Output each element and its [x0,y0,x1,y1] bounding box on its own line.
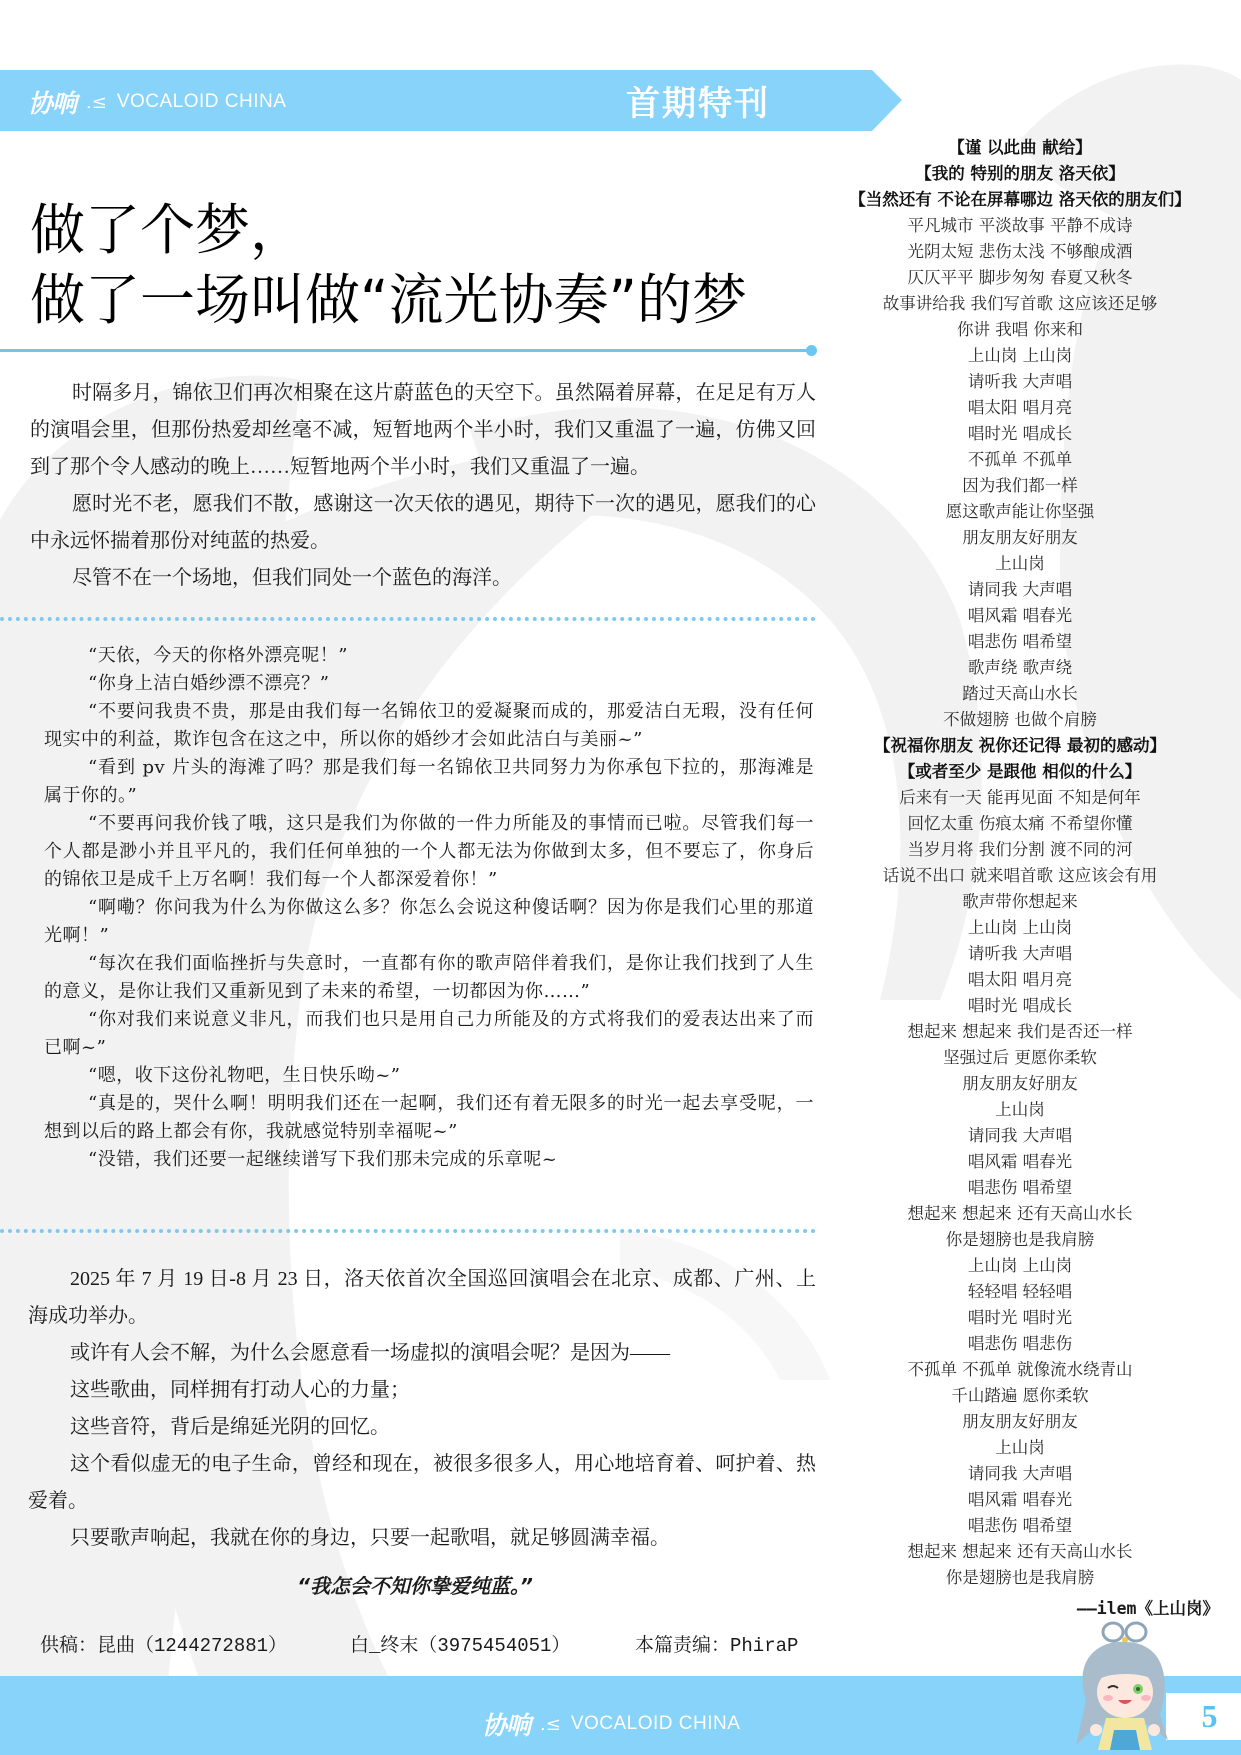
lyric-dedication-line: 【我的 特别的朋友 洛天依】 [820,161,1220,187]
lyric-line: 当岁月将 我们分割 渡不同的河 [820,837,1220,863]
closing-section: 2025 年 7 月 19 日-8 月 23 日，洛天依首次全国巡回演唱会在北京… [28,1261,816,1557]
lyric-line: 不做翅膀 也做个肩膀 [820,707,1220,733]
header-banner: 协响 .≤ VOCALOID CHINA 首期特刊 [0,70,902,131]
dialogue-paragraph: “看到 pv 片头的海滩了吗？那是我们每一名锦依卫共同努力为你承包下拉的，那海滩… [44,754,814,810]
lyric-line: 请同我 大声唱 [820,1123,1220,1149]
lyric-line: 唱风霜 唱春光 [820,1487,1220,1513]
title-line-1: 做了个梦， [30,195,747,265]
editor-credit: 本篇责编：PhiraP [635,1630,798,1657]
lyric-line: 上山岗 [820,551,1220,577]
dialogue-paragraph: “不要问我贵不贵，那是由我们每一名锦依卫的爱凝聚而成的，那爱洁白无瑕，没有任何现… [44,698,814,754]
intro-paragraph: 愿时光不老，愿我们不散，感谢这一次天依的遇见，期待下一次的遇见，愿我们的心中永远… [30,486,816,560]
lyric-line: 唱悲伤 唱悲伤 [820,1331,1220,1357]
issue-title: 首期特刊 [626,76,770,125]
lyric-line: 歌声带你想起来 [820,889,1220,915]
lyric-line: 愿这歌声能让你坚强 [820,499,1220,525]
lyric-line: 请同我 大声唱 [820,577,1220,603]
title-divider [0,349,812,352]
lyric-line: 仄仄平平 脚步匆匆 春夏又秋冬 [820,265,1220,291]
lyric-line: 回忆太重 伤痕太痛 不希望你懂 [820,811,1220,837]
dialogue-paragraph: “每次在我们面临挫折与失意时，一直都有你的歌声陪伴着我们，是你让我们找到了人生的… [44,950,814,1006]
lyric-line: 朋友朋友好朋友 [820,1071,1220,1097]
lyric-line: 想起来 想起来 我们是否还一样 [820,1019,1220,1045]
page-number: 5 [1202,1698,1218,1735]
closing-paragraph: 这些音符，背后是绵延光阴的回忆。 [28,1409,816,1446]
intro-paragraph: 时隔多月，锦依卫们再次相聚在这片蔚蓝色的天空下。虽然隔着屏幕，在足足有万人的演唱… [30,375,816,486]
title-line-2: 做了一场叫做“流光协奏”的梦 [30,265,747,335]
closing-paragraph: 2025 年 7 月 19 日-8 月 23 日，洛天依首次全国巡回演唱会在北京… [28,1261,816,1335]
lyrics-column: 【谨 以此曲 献给】【我的 特别的朋友 洛天依】【当然还有 不论在屏幕哪边 洛天… [820,135,1220,1591]
lyric-line: 上山岗 上山岗 [820,343,1220,369]
lyric-line: 上山岗 上山岗 [820,915,1220,941]
lyric-line: 上山岗 上山岗 [820,1253,1220,1279]
dialogue-paragraph: “没错，我们还要一起继续谱写下我们那未完成的乐章呢~ [44,1146,814,1174]
brand-name: VOCALOID CHINA [571,1713,741,1735]
dotted-divider [0,617,816,621]
dialogue-section: “天依，今天的你格外漂亮呢！” “你身上洁白婚纱漂不漂亮？” “不要问我贵不贵，… [44,642,814,1174]
lyric-line: 请听我 大声唱 [820,369,1220,395]
lyric-line: 不孤单 不孤单 就像流水绕青山 [820,1357,1220,1383]
lyric-line: 唱风霜 唱春光 [820,603,1220,629]
lyric-line: 轻轻唱 轻轻唱 [820,1279,1220,1305]
brand-wing-icon: .≤ [86,92,107,113]
lyric-line: 踏过天高山水长 [820,681,1220,707]
lyric-dedication-line: 【或者至少 是跟他 相似的什么】 [820,759,1220,785]
lyric-line: 唱时光 唱成长 [820,993,1220,1019]
closing-paragraph: 这个看似虚无的电子生命，曾经和现在，被很多很多人，用心地培育着、呵护着、热爱着。 [28,1446,816,1520]
dialogue-paragraph: “你对我们来说意义非凡，而我们也只是用自己力所能及的方式将我们的爱表达出来了而已… [44,1006,814,1062]
dotted-divider [0,1229,816,1233]
header-brand: 协响 .≤ VOCALOID CHINA [28,84,286,120]
closing-paragraph: 只要歌声响起，我就在你的身边，只要一起歌唱，就足够圆满幸福。 [28,1520,816,1557]
brand-name: VOCALOID CHINA [117,91,287,113]
lyric-line: 因为我们都一样 [820,473,1220,499]
lyric-line: 唱太阳 唱月亮 [820,967,1220,993]
lyric-line: 想起来 想起来 还有天高山水长 [820,1539,1220,1565]
closing-paragraph: 或许有人会不解，为什么会愿意看一场虚拟的演唱会呢？是因为—— [28,1335,816,1372]
lyric-line: 歌声绕 歌声绕 [820,655,1220,681]
article-credits: 供稿：昆曲（1244272881） 白_终末（3975454051） 本篇责编：… [40,1630,798,1657]
lyric-line: 后来有一天 能再见面 不知是何年 [820,785,1220,811]
lyric-line: 唱风霜 唱春光 [820,1149,1220,1175]
lyric-line: 平凡城市 平淡故事 平静不成诗 [820,213,1220,239]
dialogue-paragraph: “天依，今天的你格外漂亮呢！” [44,642,814,670]
dialogue-paragraph: “嗯，收下这份礼物吧，生日快乐呦~” [44,1062,814,1090]
lyric-dedication-line: 【谨 以此曲 献给】 [820,135,1220,161]
lyric-line: 你是翅膀也是我肩膀 [820,1565,1220,1591]
lyric-line: 坚强过后 更愿你柔软 [820,1045,1220,1071]
lyric-line: 话说不出口 就来唱首歌 这应该会有用 [820,863,1220,889]
lyrics-attribution: ——ilem《上山岗》 [1077,1595,1219,1619]
lyric-line: 唱悲伤 唱希望 [820,1175,1220,1201]
lyric-line: 请听我 大声唱 [820,941,1220,967]
pull-quote: “我怎会不知你挚爱纯蓝。” [0,1570,830,1599]
lyric-line: 你是翅膀也是我肩膀 [820,1227,1220,1253]
mascot-illustration [1068,1620,1178,1755]
dialogue-paragraph: “你身上洁白婚纱漂不漂亮？” [44,670,814,698]
dialogue-paragraph: “不要再问我价钱了哦，这只是我们为你做的一件力所能及的事情而已啦。尽管我们每一个… [44,810,814,894]
lyric-line: 上山岗 [820,1097,1220,1123]
lyric-line: 光阴太短 悲伤太浅 不够酿成酒 [820,239,1220,265]
lyric-line: 唱时光 唱成长 [820,421,1220,447]
lyric-line: 上山岗 [820,1435,1220,1461]
lyric-dedication-line: 【当然还有 不论在屏幕哪边 洛天依的朋友们】 [820,187,1220,213]
lyric-line: 朋友朋友好朋友 [820,525,1220,551]
closing-paragraph: 这些歌曲，同样拥有打动人心的力量； [28,1372,816,1409]
lyric-line: 故事讲给我 我们写首歌 这应该还足够 [820,291,1220,317]
brand-logo: 协响 [28,84,76,120]
lyric-line: 唱悲伤 唱希望 [820,629,1220,655]
lyric-dedication-line: 【祝福你朋友 祝你还记得 最初的感动】 [820,733,1220,759]
title-divider-dot [806,345,817,356]
contributor-credit-2: 白_终末（3975454051） [350,1630,635,1657]
lyric-line: 唱太阳 唱月亮 [820,395,1220,421]
lyric-line: 唱时光 唱时光 [820,1305,1220,1331]
lyric-line: 想起来 想起来 还有天高山水长 [820,1201,1220,1227]
contributor-credit: 供稿：昆曲（1244272881） [40,1630,350,1657]
intro-section: 时隔多月，锦依卫们再次相聚在这片蔚蓝色的天空下。虽然隔着屏幕，在足足有万人的演唱… [30,375,816,597]
lyric-line: 你讲 我唱 你来和 [820,317,1220,343]
lyric-line: 请同我 大声唱 [820,1461,1220,1487]
brand-logo: 协响 [482,1706,530,1742]
lyric-line: 朋友朋友好朋友 [820,1409,1220,1435]
dialogue-paragraph: “啊嘞？你问我为什么为你做这么多？你怎么会说这种傻话啊？因为你是我们心里的那道光… [44,894,814,950]
intro-paragraph: 尽管不在一个场地，但我们同处一个蓝色的海洋。 [30,560,816,597]
article-title: 做了个梦， 做了一场叫做“流光协奏”的梦 [30,195,747,335]
lyric-line: 千山踏遍 愿你柔软 [820,1383,1220,1409]
lyric-line: 唱悲伤 唱希望 [820,1513,1220,1539]
brand-wing-icon: .≤ [540,1714,561,1735]
dialogue-paragraph: “真是的，哭什么啊！明明我们还在一起啊，我们还有着无限多的时光一起去享受呢，一想… [44,1090,814,1146]
footer-brand: 协响 .≤ VOCALOID CHINA [482,1706,740,1742]
lyric-line: 不孤单 不孤单 [820,447,1220,473]
